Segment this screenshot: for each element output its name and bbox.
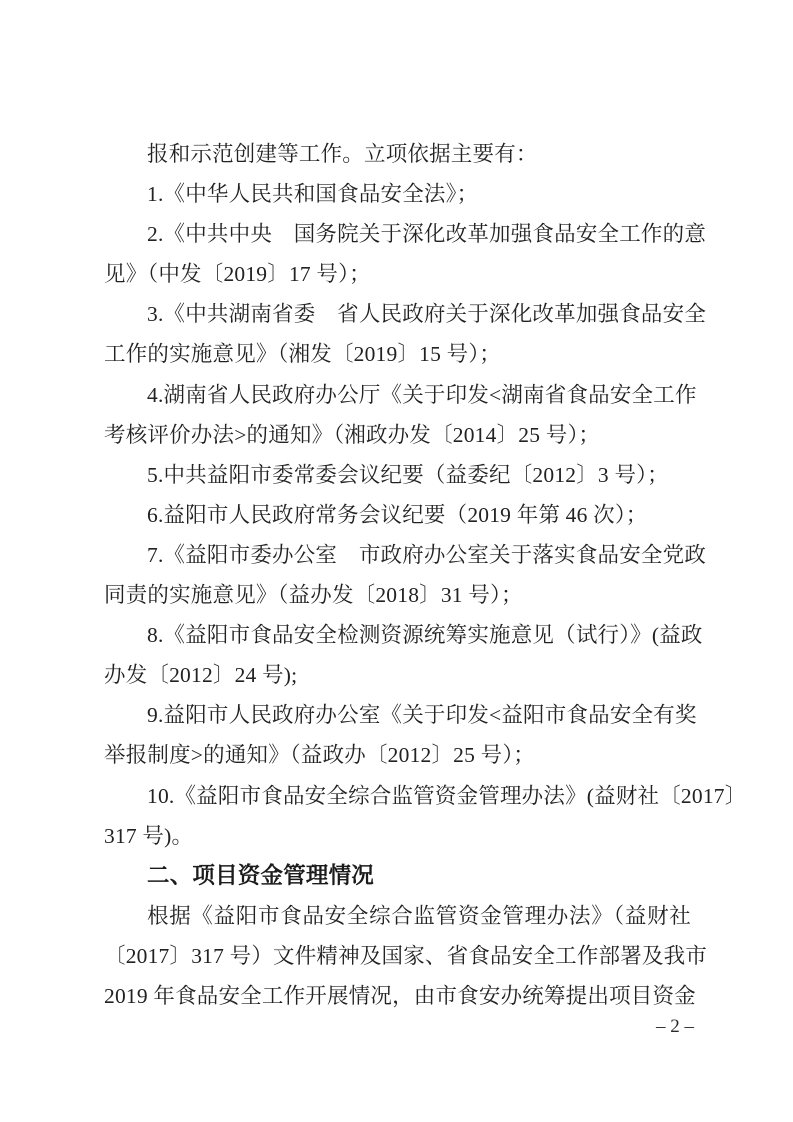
text-line: 同责的实施意见》（益办发〔2018〕31 号）； [104, 580, 691, 620]
page-number: – 2 – [640, 1016, 710, 1038]
text-line: 9.益阳市人民政府办公室《关于印发<益阳市食品安全有奖 [104, 700, 691, 740]
text-line: 3.《中共湖南省委 省人民政府关于深化改革加强食品安全 [104, 299, 691, 339]
text-line: 见》（中发〔2019〕17 号）； [104, 259, 691, 299]
text-line: 7.《益阳市委办公室 市政府办公室关于落实食品安全党政 [104, 540, 691, 580]
text-line: 317 号)。 [104, 821, 691, 861]
text-line: 举报制度>的通知》（益政办〔2012〕25 号）； [104, 740, 691, 780]
text-line: 1.《中华人民共和国食品安全法》； [104, 179, 691, 219]
text-line: 报和示范创建等工作。立项依据主要有： [104, 139, 691, 179]
text-line: 根据《益阳市食品安全综合监管资金管理办法》（益财社 [104, 901, 691, 941]
text-line: 办发〔2012〕24 号); [104, 660, 691, 700]
text-line: 考核评价办法>的通知》（湘政办发〔2014〕25 号）； [104, 420, 691, 460]
text-line: 10.《益阳市食品安全综合监管资金管理办法》(益财社〔2017〕 [104, 781, 691, 821]
text-line: 4.湖南省人民政府办公厅《关于印发<湖南省食品安全工作 [104, 380, 691, 420]
text-line: 2.《中共中央 国务院关于深化改革加强食品安全工作的意 [104, 219, 691, 259]
text-line: 2019 年食品安全工作开展情况，由市食安办统筹提出项目资金 [104, 981, 691, 1021]
document-body: 报和示范创建等工作。立项依据主要有：1.《中华人民共和国食品安全法》；2.《中共… [104, 139, 691, 1021]
text-line: 8.《益阳市食品安全检测资源统筹实施意见（试行）》(益政 [104, 620, 691, 660]
section-heading: 二、项目资金管理情况 [104, 861, 691, 901]
text-line: 〔2017〕317 号）文件精神及国家、省食品安全工作部署及我市 [104, 941, 691, 981]
text-line: 6.益阳市人民政府常务会议纪要（2019 年第 46 次）； [104, 500, 691, 540]
text-line: 工作的实施意见》（湘发〔2019〕15 号）； [104, 339, 691, 379]
text-line: 5.中共益阳市委常委会议纪要（益委纪〔2012〕3 号）； [104, 460, 691, 500]
document-page: 报和示范创建等工作。立项依据主要有：1.《中华人民共和国食品安全法》；2.《中共… [0, 0, 793, 1122]
